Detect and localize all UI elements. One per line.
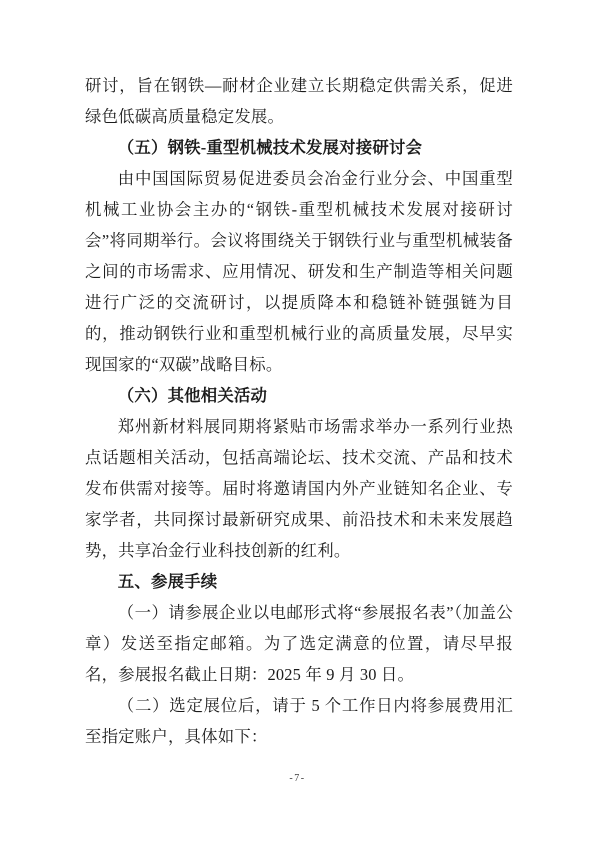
heading-chapter-5-exhibition-procedures: 五、参展手续: [85, 566, 513, 597]
paragraph-continuation: 研讨，旨在钢铁—耐材企业建立长期稳定供需关系，促进绿色低碳高质量稳定发展。: [85, 70, 513, 132]
document-content: 研讨，旨在钢铁—耐材企业建立长期稳定供需关系，促进绿色低碳高质量稳定发展。 （五…: [85, 70, 513, 752]
paragraph-procedure-2-payment: （二）选定展位后，请于 5 个工作日内将参展费用汇至指定账户，具体如下：: [85, 690, 513, 752]
paragraph-section-6-body: 郑州新材料展同期将紧贴市场需求举办一系列行业热点话题相关活动，包括高端论坛、技术…: [85, 411, 513, 566]
paragraph-section-5-body: 由中国国际贸易促进委员会冶金行业分会、中国重型机械工业协会主办的“钢铁-重型机械…: [85, 163, 513, 380]
document-page: 研讨，旨在钢铁—耐材企业建立长期稳定供需关系，促进绿色低碳高质量稳定发展。 （五…: [0, 0, 595, 841]
page-number: -7-: [289, 773, 305, 784]
paragraph-procedure-1-registration: （一）请参展企业以电邮形式将“参展报名表”（加盖公章）发送至指定邮箱。为了选定满…: [85, 597, 513, 690]
heading-section-6-other-activities: （六）其他相关活动: [85, 380, 513, 411]
page-footer: -7-: [0, 772, 595, 786]
heading-section-5-steel-heavy-machinery-seminar: （五）钢铁-重型机械技术发展对接研讨会: [85, 132, 513, 163]
